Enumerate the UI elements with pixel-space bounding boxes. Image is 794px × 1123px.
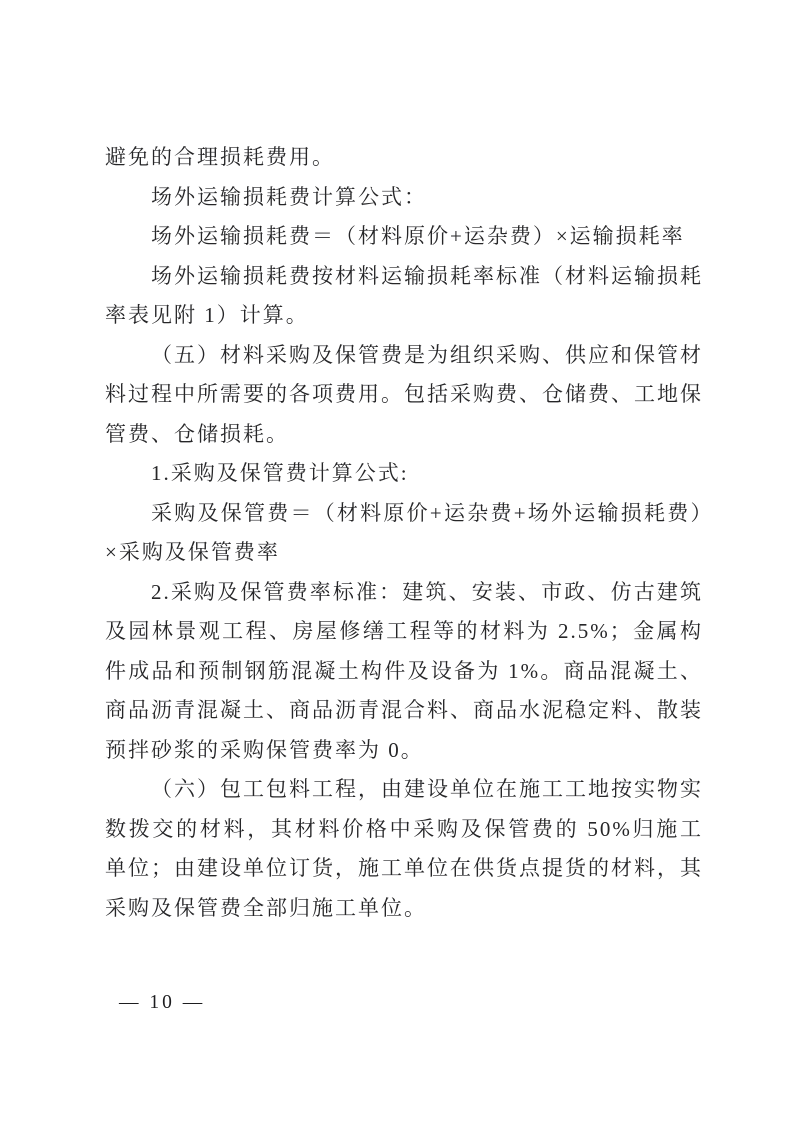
paragraph-transport-loss-standard: 场外运输损耗费按材料运输损耗率标准（材料运输损耗率表见附 1）计算。 [105, 257, 703, 336]
paragraph-transport-loss-formula: 场外运输损耗费＝（材料原价+运杂费）×运输损耗率 [105, 217, 703, 257]
paragraph-section-five: （五）材料采购及保管费是为组织采购、供应和保管材料过程中所需要的各项费用。包括采… [105, 336, 703, 455]
paragraph-continuation: 避免的合理损耗费用。 [105, 138, 703, 178]
paragraph-transport-loss-formula-intro: 场外运输损耗费计算公式： [105, 178, 703, 218]
paragraph-procurement-formula: 采购及保管费＝（材料原价+运杂费+场外运输损耗费）×采购及保管费率 [105, 494, 703, 573]
paragraph-section-six: （六）包工包料工程，由建设单位在施工工地按实物实数拨交的材料，其材料价格中采购及… [105, 770, 703, 928]
document-body: 避免的合理损耗费用。 场外运输损耗费计算公式： 场外运输损耗费＝（材料原价+运杂… [105, 138, 703, 928]
paragraph-procurement-formula-intro: 1.采购及保管费计算公式: [105, 454, 703, 494]
document-page: 避免的合理损耗费用。 场外运输损耗费计算公式： 场外运输损耗费＝（材料原价+运杂… [0, 0, 794, 1123]
page-number: — 10 — [119, 991, 205, 1015]
paragraph-procurement-rate-standard: 2.采购及保管费率标准：建筑、安装、市政、仿古建筑及园林景观工程、房屋修缮工程等… [105, 573, 703, 771]
